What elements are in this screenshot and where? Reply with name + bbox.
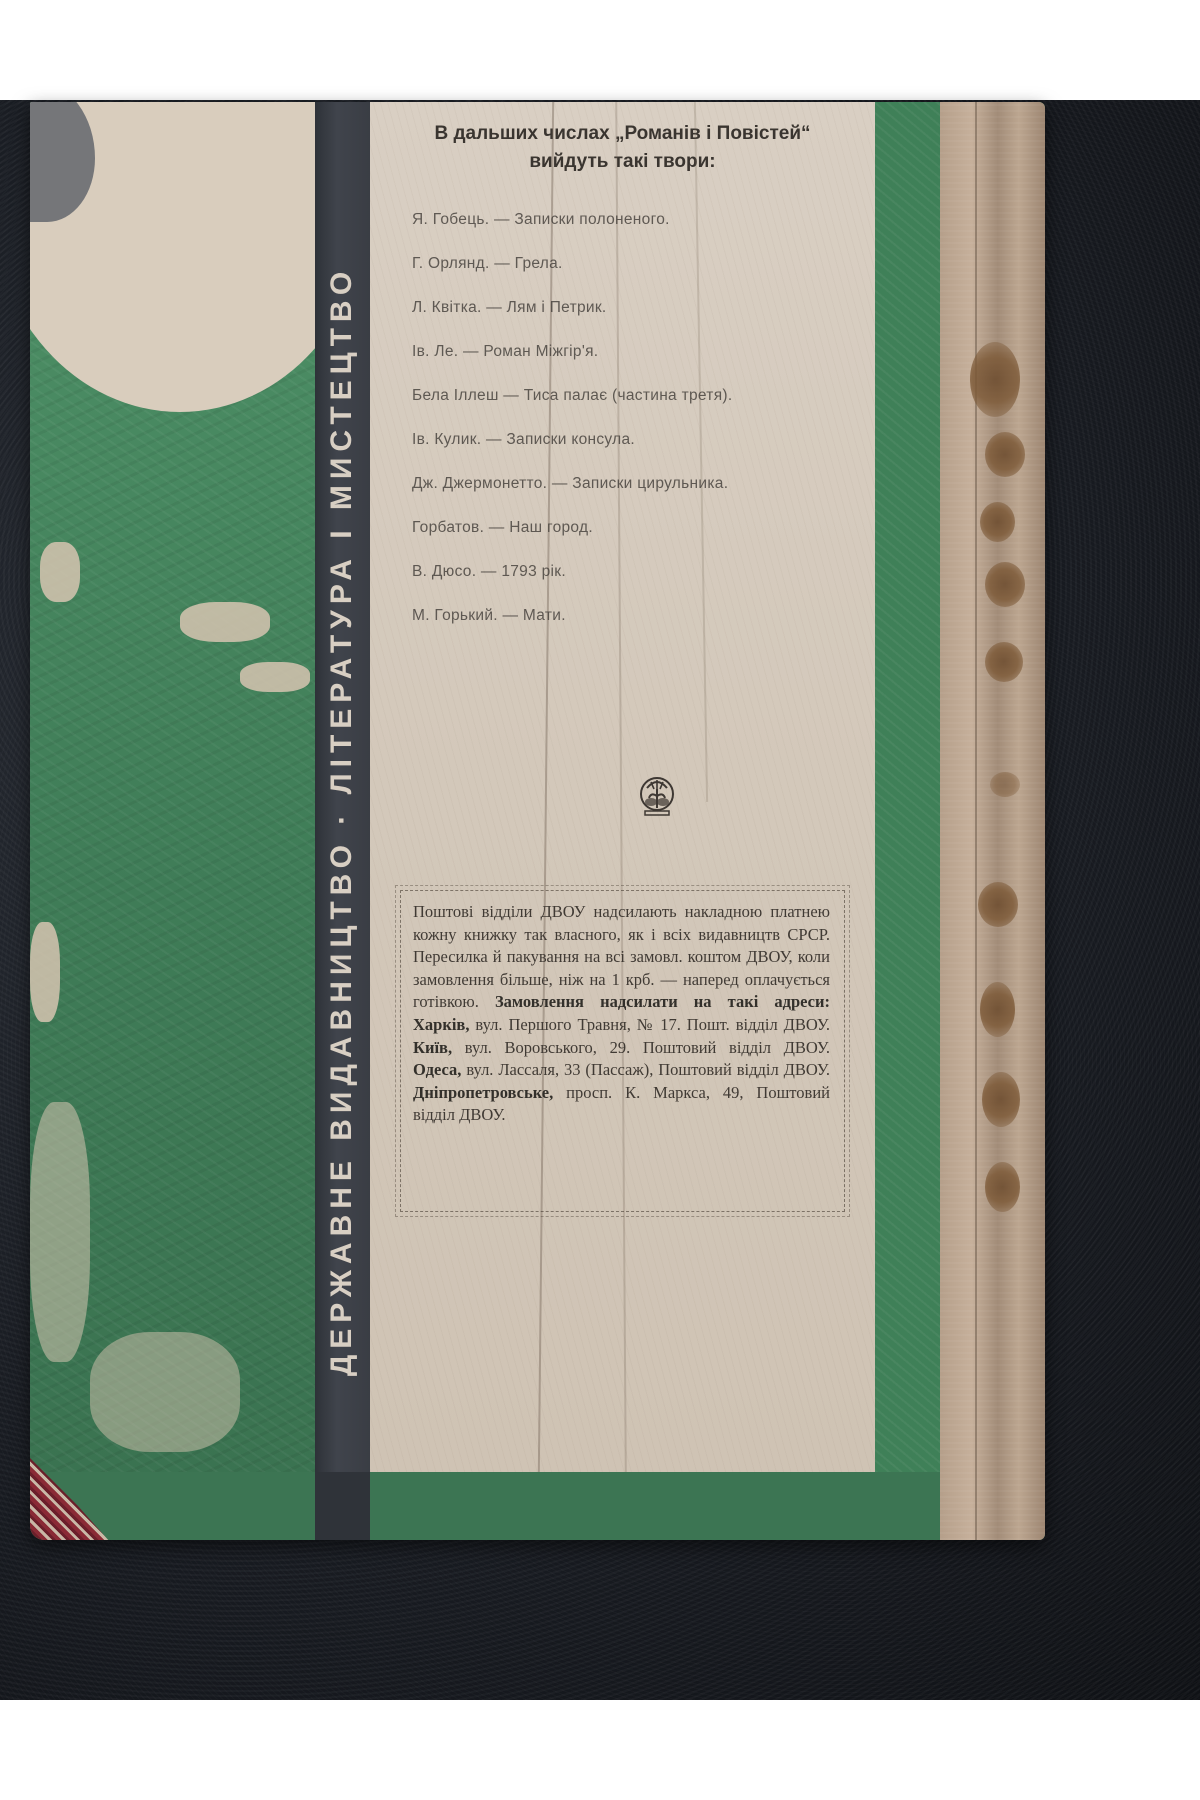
- stain-mark: [970, 342, 1020, 417]
- list-item: Л. Квітка. — Лям і Петрик.: [412, 286, 875, 330]
- header-line-2: вийдуть такі твори:: [370, 148, 875, 176]
- publisher-emblem-icon: [637, 774, 677, 818]
- list-item: Ів. Ле. — Роман Міжгір'я.: [412, 330, 875, 374]
- spine-strip-bottom: [315, 1472, 370, 1540]
- wear-mark: [90, 1332, 240, 1452]
- list-item: Ів. Кулик. — Записки консула.: [412, 418, 875, 462]
- spine-strip: ДЕРЖАВНЕ ВИДАВНИЦТВО · ЛІТЕРАТУРА І МИСТ…: [315, 102, 370, 1540]
- list-item: М. Горький. — Мати.: [412, 594, 875, 638]
- stain-mark: [990, 772, 1020, 797]
- forthcoming-titles-list: Я. Гобець. — Записки полоненого. Г. Орля…: [412, 198, 875, 638]
- city-dnipro: Дніпропетровське,: [413, 1083, 553, 1102]
- binding-fold: [975, 102, 977, 1540]
- stain-mark: [985, 432, 1025, 477]
- wear-mark: [240, 662, 310, 692]
- address-odesa: вул. Лассаля, 33 (Пассаж), Поштовий відд…: [466, 1060, 830, 1079]
- list-item: Дж. Джермонетто. — Записки цирульника.: [412, 462, 875, 506]
- list-item: Г. Орлянд. — Грела.: [412, 242, 875, 286]
- mail-order-notice: Поштові відділи ДВОУ надсилають накладно…: [400, 890, 845, 1212]
- city-kyiv: Київ,: [413, 1038, 452, 1057]
- decorative-pattern: [30, 102, 95, 222]
- wear-mark: [180, 602, 270, 642]
- header-line-1: В дальших числах „Романів і Повістей“: [370, 120, 875, 148]
- green-cover-bottom: [30, 1472, 940, 1540]
- stain-mark: [982, 1072, 1020, 1127]
- wear-mark: [30, 922, 60, 1022]
- stain-mark: [985, 562, 1025, 607]
- list-item: Бела Іллеш — Тиса палає (частина третя).: [412, 374, 875, 418]
- stain-mark: [980, 982, 1015, 1037]
- stain-mark: [985, 642, 1023, 682]
- stain-mark: [980, 502, 1015, 542]
- wear-mark: [40, 542, 80, 602]
- address-kharkiv: вул. Першого Травня, № 17. Пошт. відділ …: [475, 1015, 830, 1034]
- wear-mark: [30, 1102, 90, 1362]
- city-odesa: Одеса,: [413, 1060, 461, 1079]
- list-item: Я. Гобець. — Записки полоненого.: [412, 198, 875, 242]
- book-back-cover: ДЕРЖАВНЕ ВИДАВНИЦТВО · ЛІТЕРАТУРА І МИСТ…: [30, 102, 1045, 1540]
- list-item: Горбатов. — Наш город.: [412, 506, 875, 550]
- stain-mark: [978, 882, 1018, 927]
- cloth-binding: [940, 102, 1045, 1540]
- label-header: В дальших числах „Романів і Повістей“ ви…: [370, 120, 875, 176]
- spine-title: ДЕРЖАВНЕ ВИДАВНИЦТВО · ЛІТЕРАТУРА І МИСТ…: [326, 266, 360, 1376]
- address-kyiv: вул. Воровського, 29. Поштовий відділ ДВ…: [465, 1038, 830, 1057]
- list-item: В. Дюсо. — 1793 рік.: [412, 550, 875, 594]
- paper-label: В дальших числах „Романів і Повістей“ ви…: [370, 102, 875, 1472]
- green-cover-edge: [875, 102, 940, 1472]
- stain-mark: [985, 1162, 1020, 1212]
